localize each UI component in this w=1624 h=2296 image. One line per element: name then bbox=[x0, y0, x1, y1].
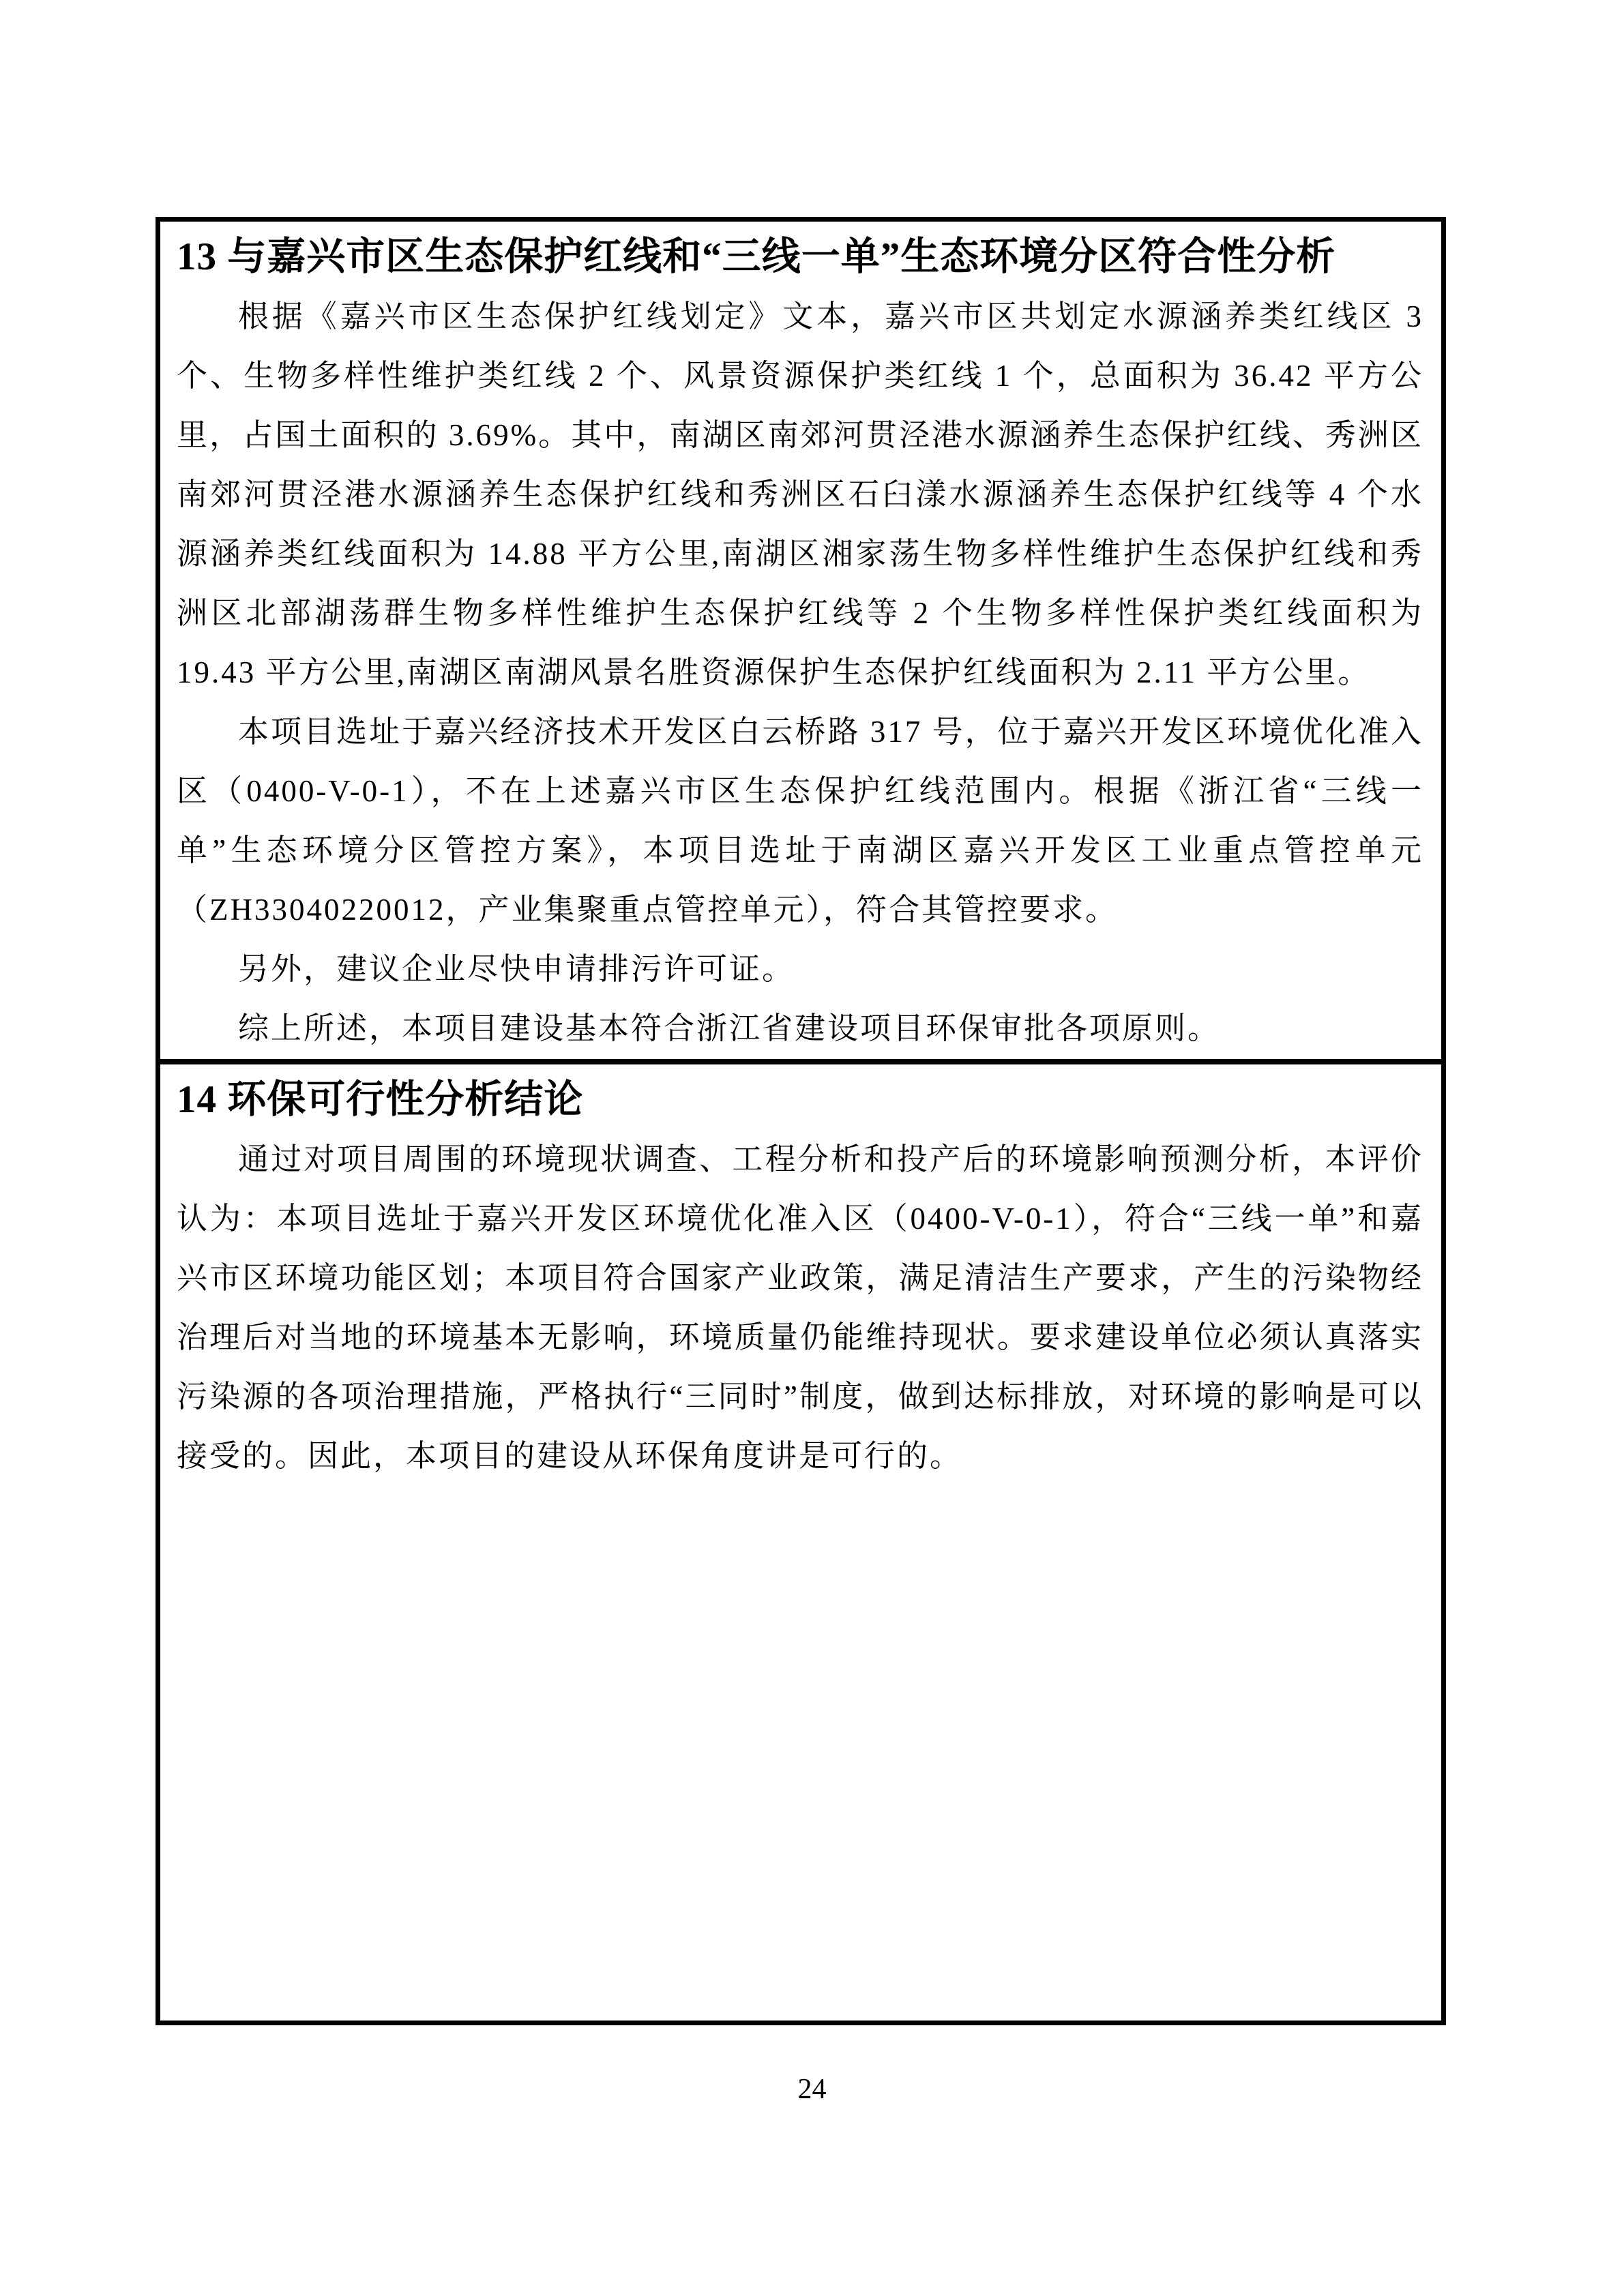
section-13-paragraph-4: 综上所述，本项目建设基本符合浙江省建设项目环保审批各项原则。 bbox=[177, 999, 1423, 1058]
section-14-heading: 14 环保可行性分析结论 bbox=[177, 1066, 1423, 1130]
section-14: 14 环保可行性分析结论 通过对项目周围的环境现状调查、工程分析和投产后的环境影… bbox=[160, 1064, 1441, 2015]
section-13-heading: 13 与嘉兴市区生态保护红线和“三线一单”生态环境分区符合性分析 bbox=[177, 223, 1423, 287]
page-number: 24 bbox=[0, 2072, 1624, 2107]
content-table: 13 与嘉兴市区生态保护红线和“三线一单”生态环境分区符合性分析 根据《嘉兴市区… bbox=[156, 217, 1446, 2025]
section-13-paragraph-1: 根据《嘉兴市区生态保护红线划定》文本，嘉兴市区共划定水源涵养类红线区 3 个、生… bbox=[177, 287, 1423, 702]
section-13-paragraph-3: 另外，建议企业尽快申请排污许可证。 bbox=[177, 940, 1423, 999]
section-13: 13 与嘉兴市区生态保护红线和“三线一单”生态环境分区符合性分析 根据《嘉兴市区… bbox=[160, 222, 1441, 1064]
section-14-paragraph-1: 通过对项目周围的环境现状调查、工程分析和投产后的环境影响预测分析，本评价认为：本… bbox=[177, 1130, 1423, 1486]
section-13-paragraph-2: 本项目选址于嘉兴经济技术开发区白云桥路 317 号，位于嘉兴开发区环境优化准入区… bbox=[177, 702, 1423, 940]
